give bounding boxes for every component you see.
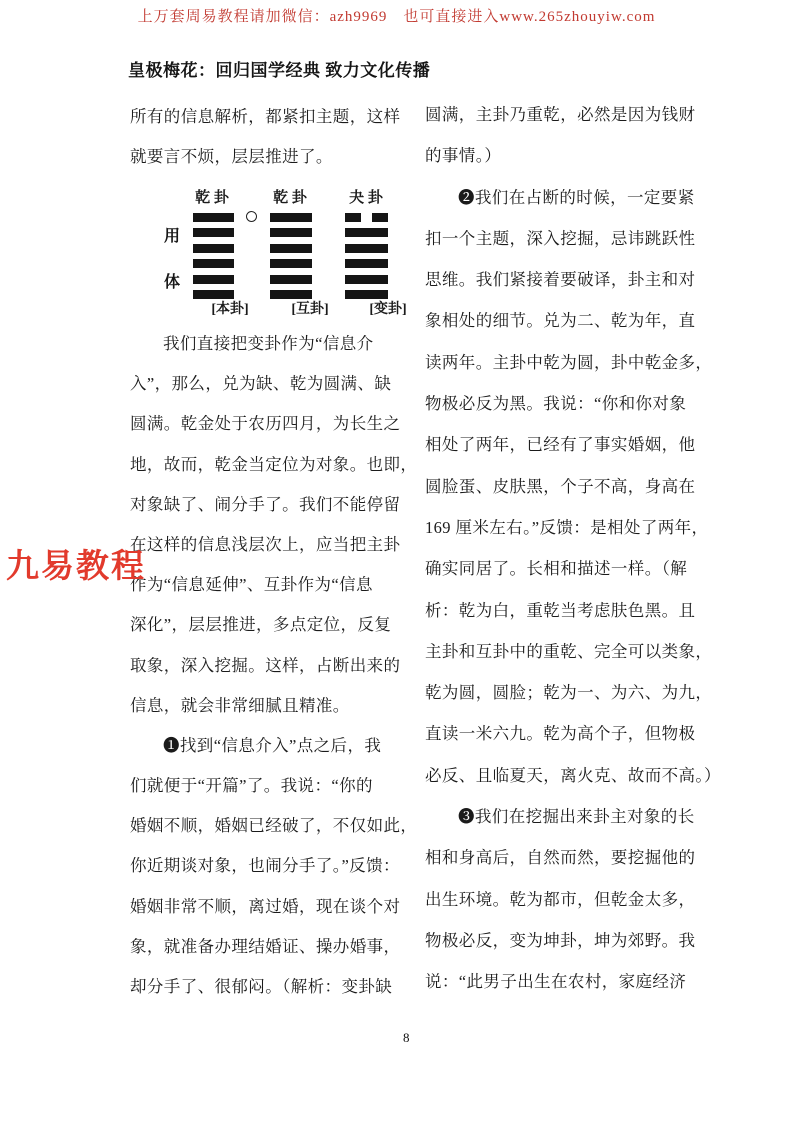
page-number: 8 — [403, 1030, 410, 1046]
text-line: 象相处的细节。兑为二、乾为年，直 — [425, 300, 703, 341]
text-line: 在这样的信息浅层次上，应当把主卦 — [130, 525, 398, 565]
hexagram-hu-lines — [270, 213, 312, 305]
text-line: 却分手了、很郁闷。（解析：变卦缺 — [130, 967, 398, 1007]
hexagram-line-solid — [345, 275, 388, 284]
hexagram-title-bian: 夬 卦 — [344, 190, 388, 206]
text-line: 主卦和互卦中的重乾、完全可以类象， — [425, 631, 703, 672]
text-line: 地，故而，乾金当定位为对象。也即， — [130, 445, 398, 485]
text-line: 169 厘米左右。”反馈：是相处了两年， — [425, 507, 703, 548]
promo-banner: 上万套周易教程请加微信：azh9969 也可直接进入www.265zhouyiw… — [0, 5, 793, 26]
text-line: 思维。我们紧接着要破译，卦主和对 — [425, 259, 703, 300]
text-line: 确实同居了。长相和描述一样。（解 — [425, 548, 703, 589]
text-line: 你近期谈对象，也闹分手了。”反馈： — [130, 846, 398, 886]
text-line: 乾为圆，圆脸；乾为一、为六、为九， — [425, 672, 703, 713]
left-column-intro: 所有的信息解析，都紧扣主题，这样 就要言不烦，层层推进了。 — [130, 97, 398, 177]
hexagram-line-solid — [345, 228, 388, 237]
hexagram-line-solid — [345, 290, 388, 299]
text-line: ❸我们在挖掘出来卦主对象的长 — [425, 796, 703, 837]
text-line: 入”，那么，兑为缺、乾为圆满、缺 — [130, 364, 398, 404]
text-line: 出生环境。乾为都市，但乾金太多， — [425, 879, 703, 920]
text-line: 直读一米六九。乾为高个子，但物极 — [425, 713, 703, 754]
use-label: 用 — [164, 223, 180, 246]
text-line: 圆满，主卦乃重乾，必然是因为钱财 — [425, 94, 703, 135]
text-line: 深化”，层层推进，多点定位，反复 — [130, 605, 398, 645]
text-line: 婚姻不顺，婚姻已经破了，不仅如此， — [130, 806, 398, 846]
hexagram-line-solid — [193, 244, 234, 253]
hexagram-bian-lines — [345, 213, 388, 305]
hexagram-line-solid — [193, 213, 234, 222]
text-line: 信息，就会非常细腻且精准。 — [130, 686, 398, 726]
hexagram-line-solid — [270, 228, 312, 237]
hexagram-title-hu: 乾 卦 — [269, 190, 311, 206]
hexagram-title-ben: 乾 卦 — [191, 190, 233, 206]
text-line: 析：乾为白，重乾当考虑肤色黑。且 — [425, 590, 703, 631]
text-line: 扣一个主题，深入挖掘，忌讳跳跃性 — [425, 218, 703, 259]
text-line: 我们直接把变卦作为“信息介 — [130, 324, 398, 364]
page-title: 皇极梅花：回归国学经典 致力文化传播 — [128, 56, 430, 81]
scanned-book-page: 上万套周易教程请加微信：azh9969 也可直接进入www.265zhouyiw… — [0, 0, 793, 1123]
text-line: 们就便于“开篇”了。我说：“你的 — [130, 766, 398, 806]
hexagram-line-solid — [193, 275, 234, 284]
hexagram-ben-lines — [193, 213, 234, 305]
text-line: 圆脸蛋、皮肤黑，个子不高，身高在 — [425, 466, 703, 507]
hexagram-line-solid — [193, 259, 234, 268]
hexagram-line-solid — [270, 259, 312, 268]
text-line: 圆满。乾金处于农历四月，为长生之 — [130, 404, 398, 444]
text-line: ❶找到“信息介入”点之后，我 — [130, 726, 398, 766]
hexagram-line-solid — [193, 290, 234, 299]
hexagram-caption-ben: [本卦] — [200, 302, 260, 317]
text-line: 相和身高后，自然而然，要挖掘他的 — [425, 837, 703, 878]
text-line: 象，就准备办理结婚证、操办婚事， — [130, 927, 398, 967]
hexagram-line-solid — [345, 244, 388, 253]
hexagram-caption-bian: [变卦] — [358, 302, 418, 317]
hexagram-line-solid — [193, 228, 234, 237]
hexagram-line-solid — [270, 244, 312, 253]
text-line: 说：“此男子出生在农村，家庭经济 — [425, 961, 703, 1002]
hexagram-line-solid — [345, 259, 388, 268]
text-line: 物极必反，变为坤卦，坤为郊野。我 — [425, 920, 703, 961]
moving-line-circle-icon — [246, 211, 257, 222]
hexagram-line-solid — [270, 275, 312, 284]
text-line: 对象缺了、闹分手了。我们不能停留 — [130, 485, 398, 525]
hexagram-caption-hu: [互卦] — [280, 302, 340, 317]
hexagram-line-broken — [345, 213, 388, 222]
text-line: 的事情。） — [425, 135, 703, 176]
hexagram-line-solid — [270, 290, 312, 299]
text-line: 物极必反为黑。我说：“你和你对象 — [425, 383, 703, 424]
text-line: 就要言不烦，层层推进了。 — [130, 137, 398, 177]
body-label: 体 — [164, 269, 180, 292]
text-line: 作为“信息延伸”、互卦作为“信息 — [130, 565, 398, 605]
text-line: 读两年。主卦中乾为圆，卦中乾金多， — [425, 342, 703, 383]
hexagram-line-solid — [270, 213, 312, 222]
red-watermark: 九易教程 — [6, 540, 146, 587]
text-line: ❷我们在占断的时候，一定要紧 — [425, 177, 703, 218]
right-column-body: 圆满，主卦乃重乾，必然是因为钱财 的事情。） ❷我们在占断的时候，一定要紧 扣一… — [425, 94, 703, 1003]
text-line: 婚姻非常不顺，离过婚，现在谈个对 — [130, 887, 398, 927]
text-line: 所有的信息解析，都紧扣主题，这样 — [130, 97, 398, 137]
text-line: 相处了两年，已经有了事实婚姻，他 — [425, 424, 703, 465]
text-line: 取象，深入挖掘。这样，占断出来的 — [130, 646, 398, 686]
text-line: 必反、且临夏天，离火克、故而不高。） — [425, 755, 703, 796]
left-column-body: 我们直接把变卦作为“信息介 入”，那么，兑为缺、乾为圆满、缺 圆满。乾金处于农历… — [130, 324, 398, 1007]
